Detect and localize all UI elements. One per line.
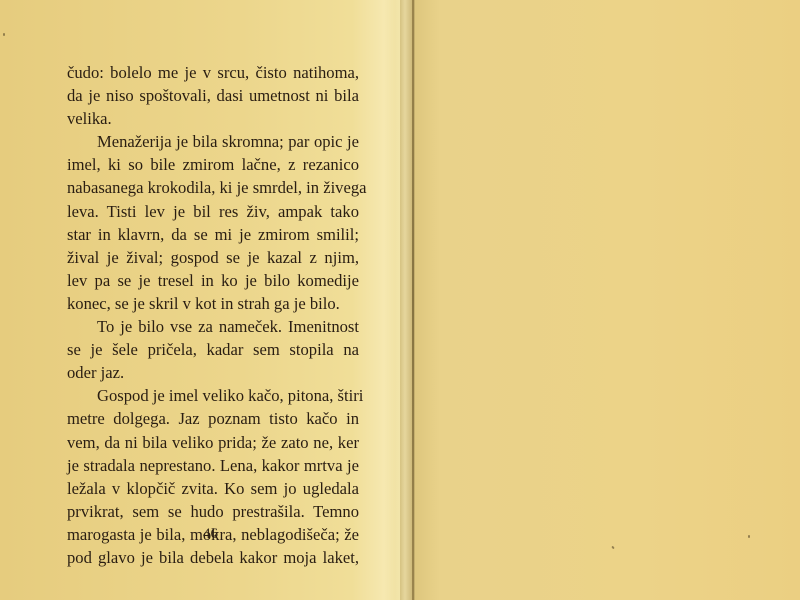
text-line: prvikrat, sem se hudo prestrašila. Temno	[67, 500, 359, 523]
text-line: lev pa se je tresel in ko je bilo komedi…	[67, 269, 359, 292]
text-line: To je bilo vse za nameček. Imenitnost	[67, 315, 359, 338]
text-line: ležala v klopčič zvita. Ko sem jo ugleda…	[67, 477, 359, 500]
book-spine-fold	[412, 0, 414, 600]
text-line: nabasanega krokodila, ki je smrdel, in ž…	[67, 176, 359, 199]
text-line: se je šele pričela, kadar sem stopila na	[67, 338, 359, 361]
text-line: leva. Tisti lev je bil res živ, ampak ta…	[67, 200, 359, 223]
text-line: velika.	[67, 107, 359, 130]
text-line: metre dolgega. Jaz poznam tisto kačo in	[67, 407, 359, 430]
text-line: čudo: bolelo me je v srcu, čisto natihom…	[67, 61, 359, 84]
text-line: oder jaz.	[67, 361, 359, 384]
paper-speck	[748, 535, 750, 538]
text-line: da je niso spoštovali, dasi umetnost ni …	[67, 84, 359, 107]
text-line: je stradala neprestano. Lena, kakor mrtv…	[67, 454, 359, 477]
text-line: konec, se je skril v kot in strah ga je …	[67, 292, 359, 315]
text-line: imel, ki so bile zmirom lačne, z rezanic…	[67, 153, 359, 176]
right-page: samo bolj ploščata, bolj zgrbljena in me…	[400, 0, 800, 600]
left-page: čudo: bolelo me je v srcu, čisto natihom…	[0, 0, 400, 600]
text-line: vem, da ni bila veliko prida; že zato ne…	[67, 431, 359, 454]
text-line: Gospod je imel veliko kačo, pitona, štir…	[67, 384, 359, 407]
text-line: žival je žival; gospod se je kazal z nji…	[67, 246, 359, 269]
text-line: Menažerija je bila skromna; par opic je	[67, 130, 359, 153]
left-page-number: 46	[203, 526, 218, 543]
paper-speck	[3, 33, 5, 36]
text-line: star in klavrn, da se mi je zmirom smili…	[67, 223, 359, 246]
left-page-body-text: čudo: bolelo me je v srcu, čisto natihom…	[67, 61, 359, 569]
book-spread: čudo: bolelo me je v srcu, čisto natihom…	[0, 0, 800, 600]
text-line: pod glavo je bila debela kakor moja lake…	[67, 546, 359, 569]
